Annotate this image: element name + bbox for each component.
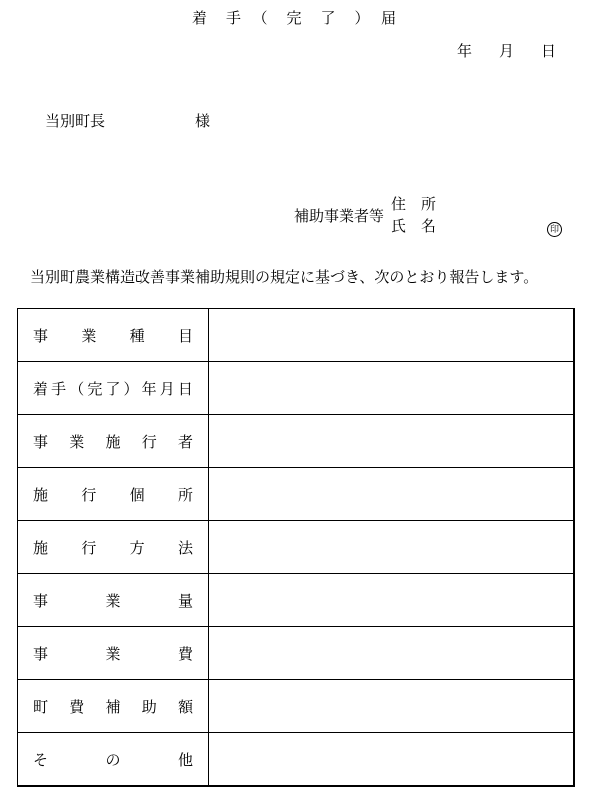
- document-page: { "document": { "title": "着 手 （ 完 了 ） 届"…: [0, 0, 590, 805]
- row-value-cell: [209, 680, 575, 733]
- row-label-cell: 施行方法: [18, 521, 209, 574]
- table-row: 町費補助額: [18, 680, 575, 733]
- addressee-line: 当別町長 様: [45, 112, 590, 131]
- row-value-cell: [209, 521, 575, 574]
- row-value-cell: [209, 733, 575, 787]
- row-value-cell: [209, 309, 575, 362]
- applicant-name-label: 氏 名: [391, 215, 436, 237]
- table-row: 施行方法: [18, 521, 575, 574]
- row-label: 施行方法: [18, 537, 208, 558]
- row-label: 着手（完了）年月日: [18, 378, 208, 399]
- row-label: 施行個所: [18, 484, 208, 505]
- row-label: 事業費: [18, 643, 208, 664]
- row-label: 事業種目: [18, 325, 208, 346]
- row-label-cell: 事業施行者: [18, 415, 209, 468]
- table-row: 事業費: [18, 627, 575, 680]
- row-value-cell: [209, 574, 575, 627]
- row-label-cell: 事業種目: [18, 309, 209, 362]
- applicant-block: 補助事業者等 住 所 氏 名 印: [294, 193, 590, 237]
- row-label-cell: 施行個所: [18, 468, 209, 521]
- applicant-address-label: 住 所: [391, 193, 436, 215]
- row-label: その他: [18, 749, 208, 770]
- applicant-lines: 住 所 氏 名: [391, 193, 436, 237]
- table-row: 着手（完了）年月日: [18, 362, 575, 415]
- row-label-cell: 事業費: [18, 627, 209, 680]
- row-label-cell: 着手（完了）年月日: [18, 362, 209, 415]
- row-label-cell: 事業量: [18, 574, 209, 627]
- row-label-cell: その他: [18, 733, 209, 787]
- document-title: 着 手 （ 完 了 ） 届: [0, 0, 590, 28]
- table-row: 事業施行者: [18, 415, 575, 468]
- table-row: 施行個所: [18, 468, 575, 521]
- row-label: 町費補助額: [18, 696, 208, 717]
- body-paragraph: 当別町農業構造改善事業補助規則の規定に基づき、次のとおり報告します。: [15, 268, 578, 287]
- table-row: その他: [18, 733, 575, 787]
- table-row: 事業種目: [18, 309, 575, 362]
- report-table: 事業種目 着手（完了）年月日 事業施行者 施行個所 施行方法 事業量 事業費: [17, 308, 575, 787]
- row-value-cell: [209, 468, 575, 521]
- row-label-cell: 町費補助額: [18, 680, 209, 733]
- applicant-label: 補助事業者等: [294, 205, 384, 226]
- row-value-cell: [209, 627, 575, 680]
- row-label: 事業施行者: [18, 431, 208, 452]
- row-value-cell: [209, 415, 575, 468]
- date-line: 年 月 日: [0, 42, 590, 61]
- row-label: 事業量: [18, 590, 208, 611]
- seal-icon: 印: [547, 222, 562, 237]
- row-value-cell: [209, 362, 575, 415]
- table-row: 事業量: [18, 574, 575, 627]
